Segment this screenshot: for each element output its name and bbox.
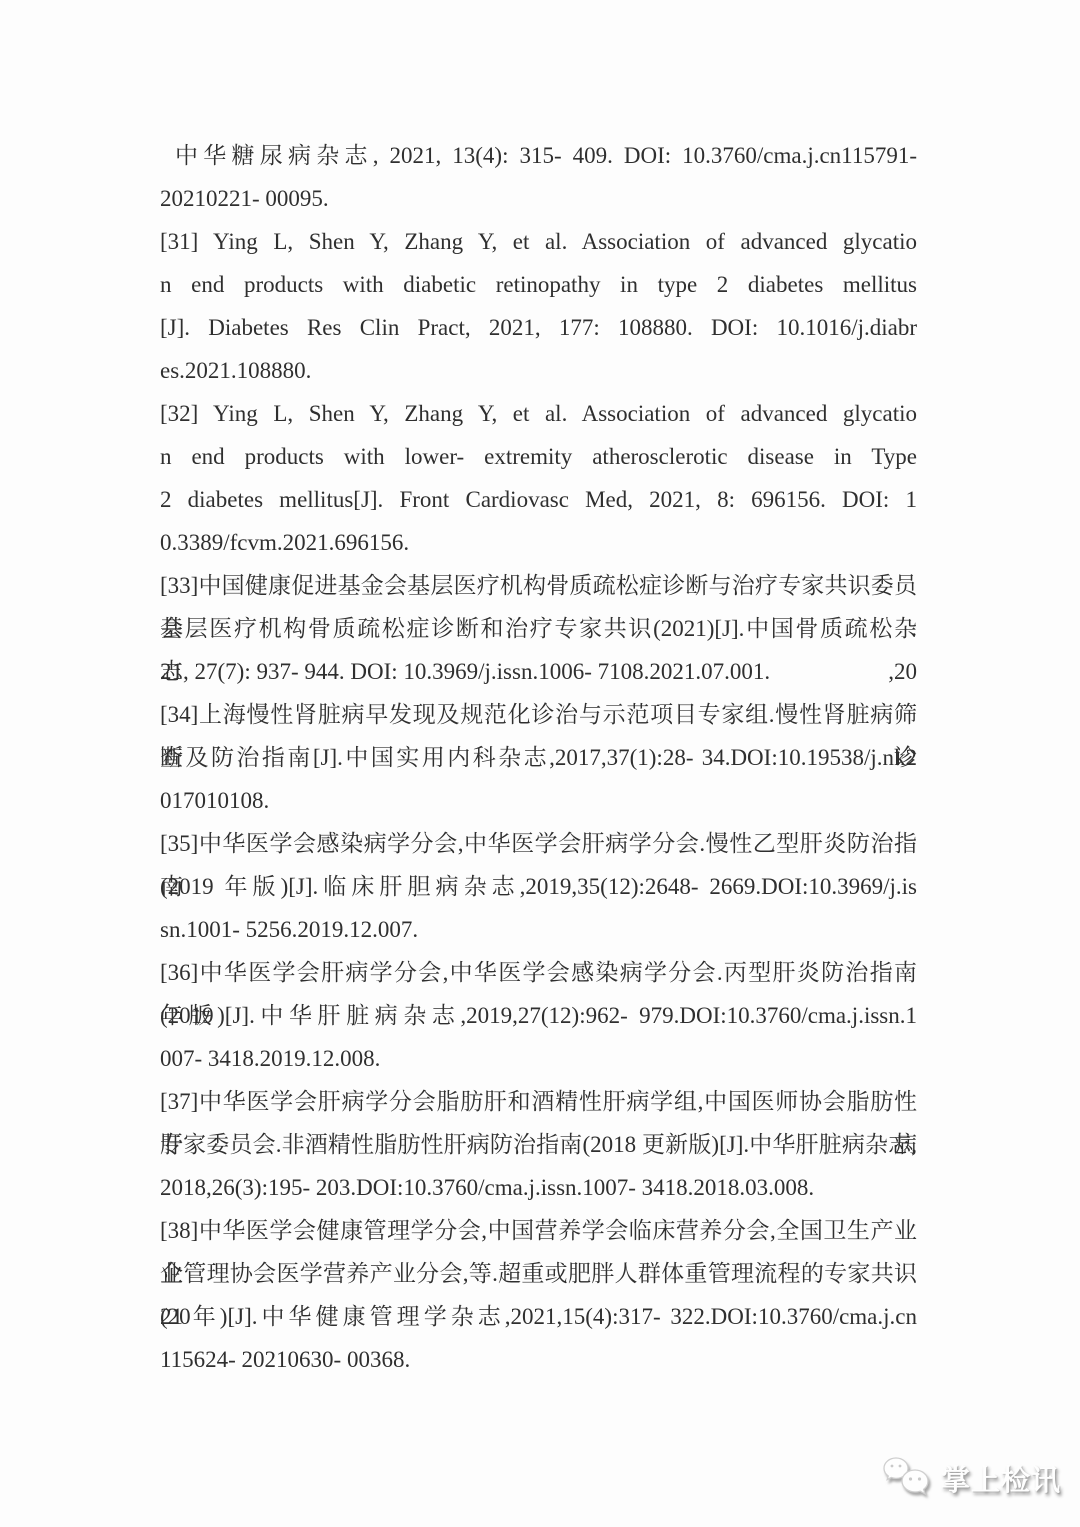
brand-watermark-text: 掌上检讯 (941, 1458, 1061, 1499)
document-page: 中华糖尿病杂志, 2021, 13(4): 315- 409. DOI: 10.… (0, 0, 1080, 1527)
reference-line: sn.1001- 5256.2019.12.007. (160, 908, 917, 951)
reference-line: 年版)[J].中华肝脏病杂志,2019,27(12):962- 979.DOI:… (160, 994, 917, 1037)
reference-line: 断及防治指南[J].中国实用内科杂志,2017,37(1):28- 34.DOI… (160, 736, 917, 779)
wechat-logo-icon (882, 1454, 936, 1502)
reference-line: 115624- 20210630- 00368. (160, 1338, 917, 1381)
reference-line: n end products with lower- extremity ath… (160, 435, 917, 478)
reference-line: es.2021.108880. (160, 349, 917, 392)
reference-item: [31] Ying L, Shen Y, Zhang Y, et al. Ass… (160, 220, 917, 392)
reference-line: [36]中华医学会肝病学分会,中华医学会感染病学分会.丙型肝炎防治指南(2019 (160, 951, 917, 994)
reference-line: 业管理协会医学营养产业分会,等.超重或肥胖人群体重管理流程的专家共识(20 (160, 1252, 917, 1295)
reference-item: [36]中华医学会肝病学分会,中华医学会感染病学分会.丙型肝炎防治指南(2019… (160, 951, 917, 1080)
reference-item: 中华糖尿病杂志, 2021, 13(4): 315- 409. DOI: 10.… (160, 134, 917, 220)
reference-line: 21 年)[J].中华健康管理学杂志,2021,15(4):317- 322.D… (160, 1295, 917, 1338)
reference-item: [33]中国健康促进基金会基层医疗机构骨质疏松症诊断与治疗专家共识委员会. 基层… (160, 564, 917, 693)
reference-line: [33]中国健康促进基金会基层医疗机构骨质疏松症诊断与治疗专家共识委员会. (160, 564, 917, 607)
reference-line: 017010108. (160, 779, 917, 822)
reference-item: [35]中华医学会感染病学分会,中华医学会肝病学分会.慢性乙型肝炎防治指南 (2… (160, 822, 917, 951)
reference-line: 2018,26(3):195- 203.DOI:10.3760/cma.j.is… (160, 1166, 917, 1209)
reference-item: [37]中华医学会肝病学分会脂肪肝和酒精性肝病学组,中国医师协会脂肪性肝病 专家… (160, 1080, 917, 1209)
reference-line: 专家委员会.非酒精性脂肪性肝病防治指南(2018 更新版)[J].中华肝脏病杂志… (160, 1123, 917, 1166)
references-list: 中华糖尿病杂志, 2021, 13(4): 315- 409. DOI: 10.… (160, 134, 917, 1381)
reference-line: 0.3389/fcvm.2021.696156. (160, 521, 917, 564)
reference-line: [J]. Diabetes Res Clin Pract, 2021, 177:… (160, 306, 917, 349)
reference-line: n end products with diabetic retinopathy… (160, 263, 917, 306)
reference-line: [31] Ying L, Shen Y, Zhang Y, et al. Ass… (160, 220, 917, 263)
reference-line: [38]中华医学会健康管理学分会,中国营养学会临床营养分会,全国卫生产业企 (160, 1209, 917, 1252)
reference-line: [32] Ying L, Shen Y, Zhang Y, et al. Ass… (160, 392, 917, 435)
reference-line: [35]中华医学会感染病学分会,中华医学会肝病学分会.慢性乙型肝炎防治指南 (160, 822, 917, 865)
brand-watermark: 掌上检讯 (882, 1452, 1061, 1504)
reference-line: 007- 3418.2019.12.008. (160, 1037, 917, 1080)
reference-line: [37]中华医学会肝病学分会脂肪肝和酒精性肝病学组,中国医师协会脂肪性肝病 (160, 1080, 917, 1123)
reference-line: 20210221- 00095. (160, 177, 917, 220)
reference-item: [32] Ying L, Shen Y, Zhang Y, et al. Ass… (160, 392, 917, 564)
reference-line: (2019 年版)[J].临床肝胆病杂志,2019,35(12):2648- 2… (160, 865, 917, 908)
reference-line: 基层医疗机构骨质疏松症诊断和治疗专家共识(2021)[J].中国骨质疏松杂志,2… (160, 607, 917, 650)
reference-item: [34]上海慢性肾脏病早发现及规范化诊治与示范项目专家组.慢性肾脏病筛查诊 断及… (160, 693, 917, 822)
reference-line: 2 diabetes mellitus[J]. Front Cardiovasc… (160, 478, 917, 521)
reference-line: 中华糖尿病杂志, 2021, 13(4): 315- 409. DOI: 10.… (160, 134, 917, 177)
reference-line: [34]上海慢性肾脏病早发现及规范化诊治与示范项目专家组.慢性肾脏病筛查诊 (160, 693, 917, 736)
reference-item: [38]中华医学会健康管理学分会,中国营养学会临床营养分会,全国卫生产业企 业管… (160, 1209, 917, 1381)
